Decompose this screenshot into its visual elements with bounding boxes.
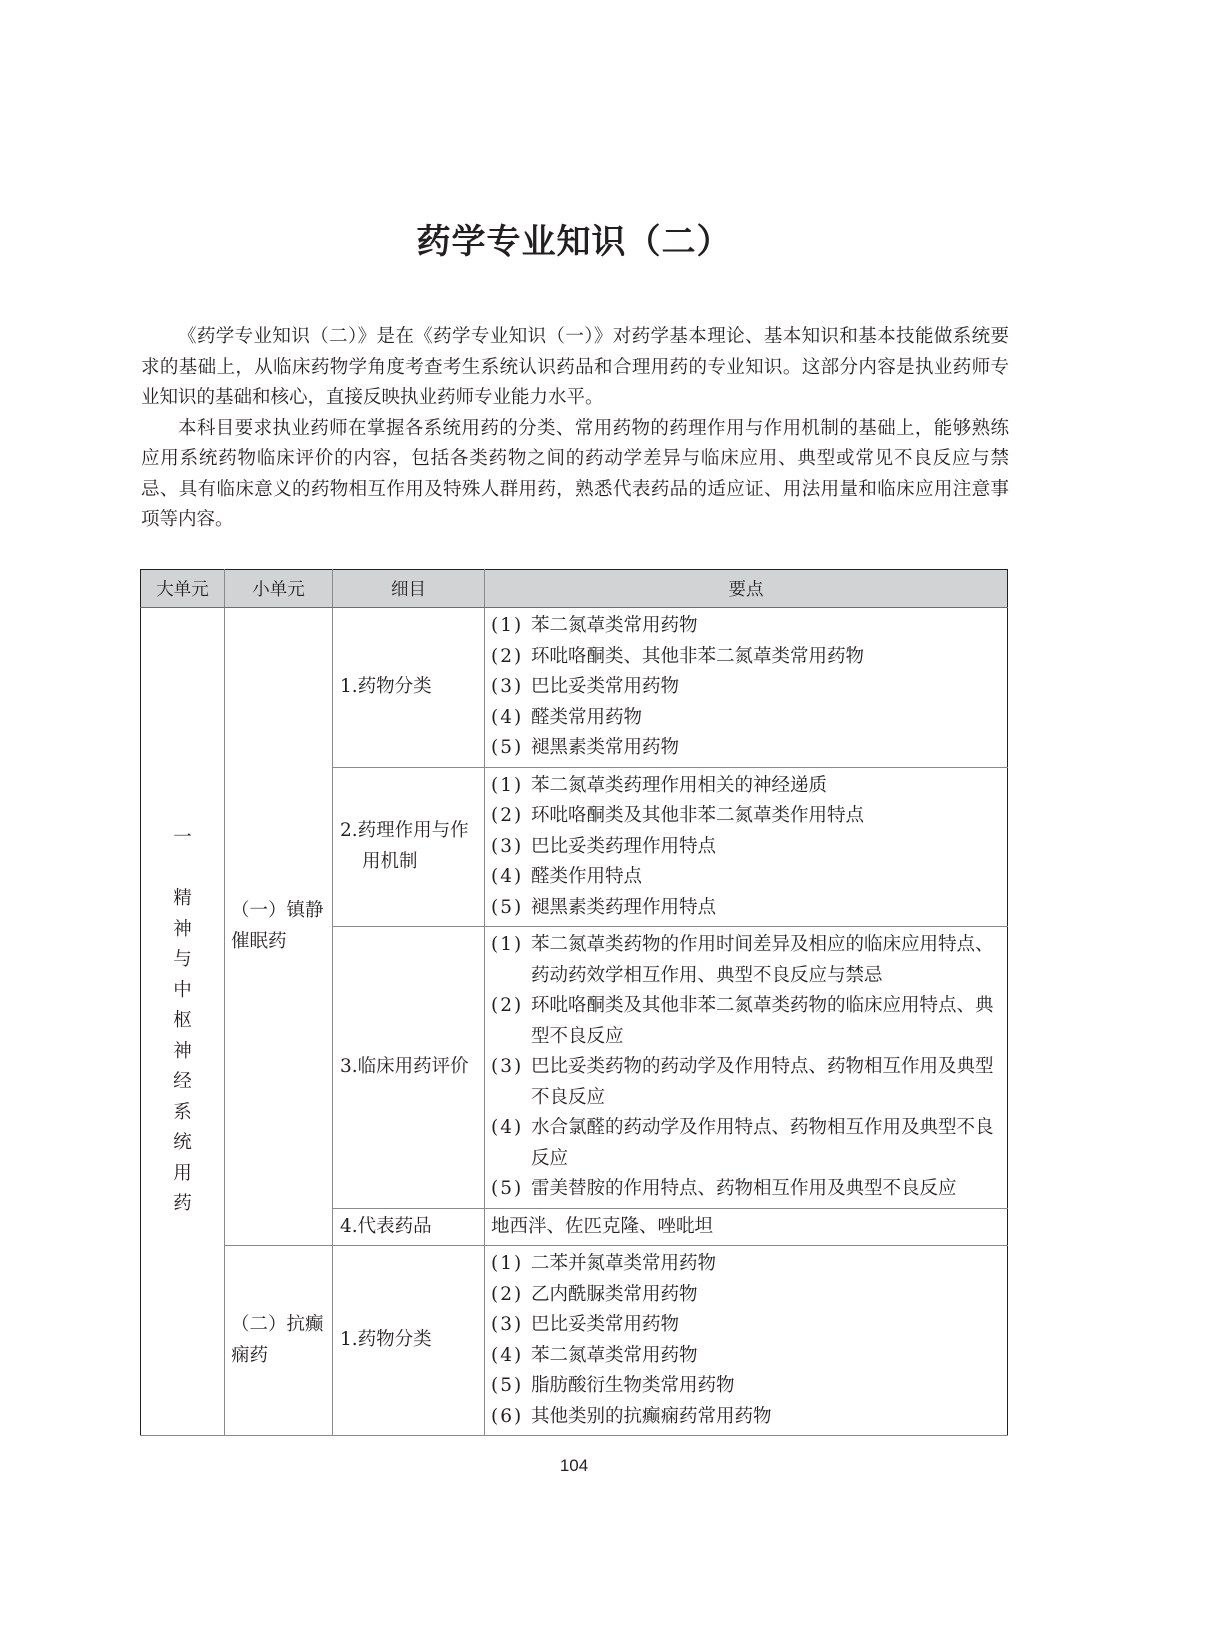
key-point: (3)巴比妥类药理作用特点 — [491, 832, 1001, 863]
key-point: (1)苯二氮䓬类常用药物 — [491, 611, 1001, 642]
key-point: (6)其他类别的抗癫痫药常用药物 — [491, 1402, 1001, 1433]
detail-cell: 3.临床用药评价 — [333, 927, 485, 1209]
major-unit-cell: 一 精 神 与 中 枢 神 经 系 统 用 药 — [141, 608, 225, 1436]
key-point: (5)雷美替胺的作用特点、药物相互作用及典型不良反应 — [491, 1174, 1001, 1205]
key-point: (2)环吡咯酮类及其他非苯二氮䓬类药物的临床应用特点、典型不良反应 — [491, 991, 1001, 1052]
syllabus-table: 大单元 小单元 细目 要点 一 精 神 与 中 枢 神 经 系 统 用 — [140, 569, 1008, 1436]
major-unit-char: 用 — [173, 1163, 192, 1184]
major-unit-char: 与 — [173, 949, 192, 970]
major-unit-char: 系 — [173, 1102, 192, 1123]
key-point: (2)环吡咯酮类及其他非苯二氮䓬类作用特点 — [491, 801, 1001, 832]
key-point: (4)水合氯醛的药动学及作用特点、药物相互作用及典型不良反应 — [491, 1113, 1001, 1174]
major-unit-char: 枢 — [173, 1010, 192, 1031]
key-point: (4)苯二氮䓬类常用药物 — [491, 1341, 1001, 1372]
detail-label: 用机制 — [340, 851, 418, 872]
minor-unit-cell: （一）镇静 催眠药 — [225, 608, 333, 1246]
detail-label: 2.药理作用与作 — [340, 820, 469, 841]
key-point: (3)巴比妥类药物的药动学及作用特点、药物相互作用及典型不良反应 — [491, 1052, 1001, 1113]
key-point: (4)醛类常用药物 — [491, 703, 1001, 734]
key-points-cell: (1)苯二氮䓬类药物的作用时间差异及相应的临床应用特点、药动药效学相互作用、典型… — [485, 927, 1008, 1209]
header-detail: 细目 — [333, 570, 485, 608]
key-points-cell: (1)苯二氮䓬类药理作用相关的神经递质 (2)环吡咯酮类及其他非苯二氮䓬类作用特… — [485, 767, 1008, 927]
page-title: 药学专业知识（二） — [0, 214, 1148, 263]
key-point: (2)乙内酰脲类常用药物 — [491, 1280, 1001, 1311]
table-row: 一 精 神 与 中 枢 神 经 系 统 用 药 （一）镇静 催眠药 — [141, 608, 1008, 768]
intro-paragraph: 《药学专业知识（二）》是在《药学专业知识（一）》对药学基本理论、基本知识和基本技… — [141, 322, 1009, 414]
key-point: (5)褪黑素类药理作用特点 — [491, 893, 1001, 924]
detail-label: 4.代表药品 — [340, 1216, 432, 1237]
table-header-row: 大单元 小单元 细目 要点 — [141, 570, 1008, 608]
major-unit-label: 一 精 神 与 中 枢 神 经 系 统 用 药 — [171, 823, 195, 1220]
key-point: (5)脂肪酸衍生物类常用药物 — [491, 1371, 1001, 1402]
key-points-cell: (1)苯二氮䓬类常用药物 (2)环吡咯酮类、其他非苯二氮䓬类常用药物 (3)巴比… — [485, 608, 1008, 768]
key-points-cell: 地西泮、佐匹克隆、唑吡坦 — [485, 1208, 1008, 1246]
minor-unit-label: 催眠药 — [231, 931, 287, 952]
detail-cell: 1.药物分类 — [333, 1246, 485, 1436]
minor-unit-cell: （二）抗癫 痫药 — [225, 1246, 333, 1436]
key-point: (3)巴比妥类常用药物 — [491, 672, 1001, 703]
key-point: (1)二苯并氮䓬类常用药物 — [491, 1249, 1001, 1280]
major-unit-char: 神 — [173, 919, 192, 940]
minor-unit-label: （二）抗癫 — [231, 1314, 324, 1335]
key-point: (1)苯二氮䓬类药理作用相关的神经递质 — [491, 771, 1001, 802]
key-point: (3)巴比妥类常用药物 — [491, 1310, 1001, 1341]
major-unit-char: 神 — [173, 1041, 192, 1062]
major-unit-char: 精 — [173, 888, 192, 909]
detail-label: 3.临床用药评价 — [340, 1056, 469, 1077]
major-unit-char: 统 — [173, 1132, 192, 1153]
detail-cell: 1.药物分类 — [333, 608, 485, 768]
header-minor-unit: 小单元 — [225, 570, 333, 608]
page-number: 104 — [0, 1456, 1148, 1476]
key-point: (5)褪黑素类常用药物 — [491, 733, 1001, 764]
major-unit-char: 药 — [173, 1193, 192, 1214]
key-points-cell: (1)二苯并氮䓬类常用药物 (2)乙内酰脲类常用药物 (3)巴比妥类常用药物 (… — [485, 1246, 1008, 1436]
intro-paragraph: 本科目要求执业药师在掌握各系统用药的分类、常用药物的药理作用与作用机制的基础上，… — [141, 414, 1009, 536]
minor-unit-label: （一）镇静 — [231, 900, 324, 921]
detail-label: 1.药物分类 — [340, 676, 432, 697]
intro-section: 《药学专业知识（二）》是在《药学专业知识（一）》对药学基本理论、基本知识和基本技… — [141, 322, 1009, 536]
key-point: (1)苯二氮䓬类药物的作用时间差异及相应的临床应用特点、药动药效学相互作用、典型… — [491, 930, 1001, 991]
header-major-unit: 大单元 — [141, 570, 225, 608]
detail-cell: 2.药理作用与作 用机制 — [333, 767, 485, 927]
key-point: (4)醛类作用特点 — [491, 862, 1001, 893]
detail-label: 1.药物分类 — [340, 1329, 432, 1350]
minor-unit-label: 痫药 — [231, 1345, 268, 1366]
detail-cell: 4.代表药品 — [333, 1208, 485, 1246]
key-point: (2)环吡咯酮类、其他非苯二氮䓬类常用药物 — [491, 642, 1001, 673]
major-unit-char: 中 — [173, 980, 192, 1001]
major-unit-number: 一 — [173, 827, 192, 848]
representative-drugs: 地西泮、佐匹克隆、唑吡坦 — [491, 1216, 713, 1237]
major-unit-char: 经 — [173, 1071, 192, 1092]
table-row: （二）抗癫 痫药 1.药物分类 (1)二苯并氮䓬类常用药物 (2)乙内酰脲类常用… — [141, 1246, 1008, 1436]
header-key-points: 要点 — [485, 570, 1008, 608]
